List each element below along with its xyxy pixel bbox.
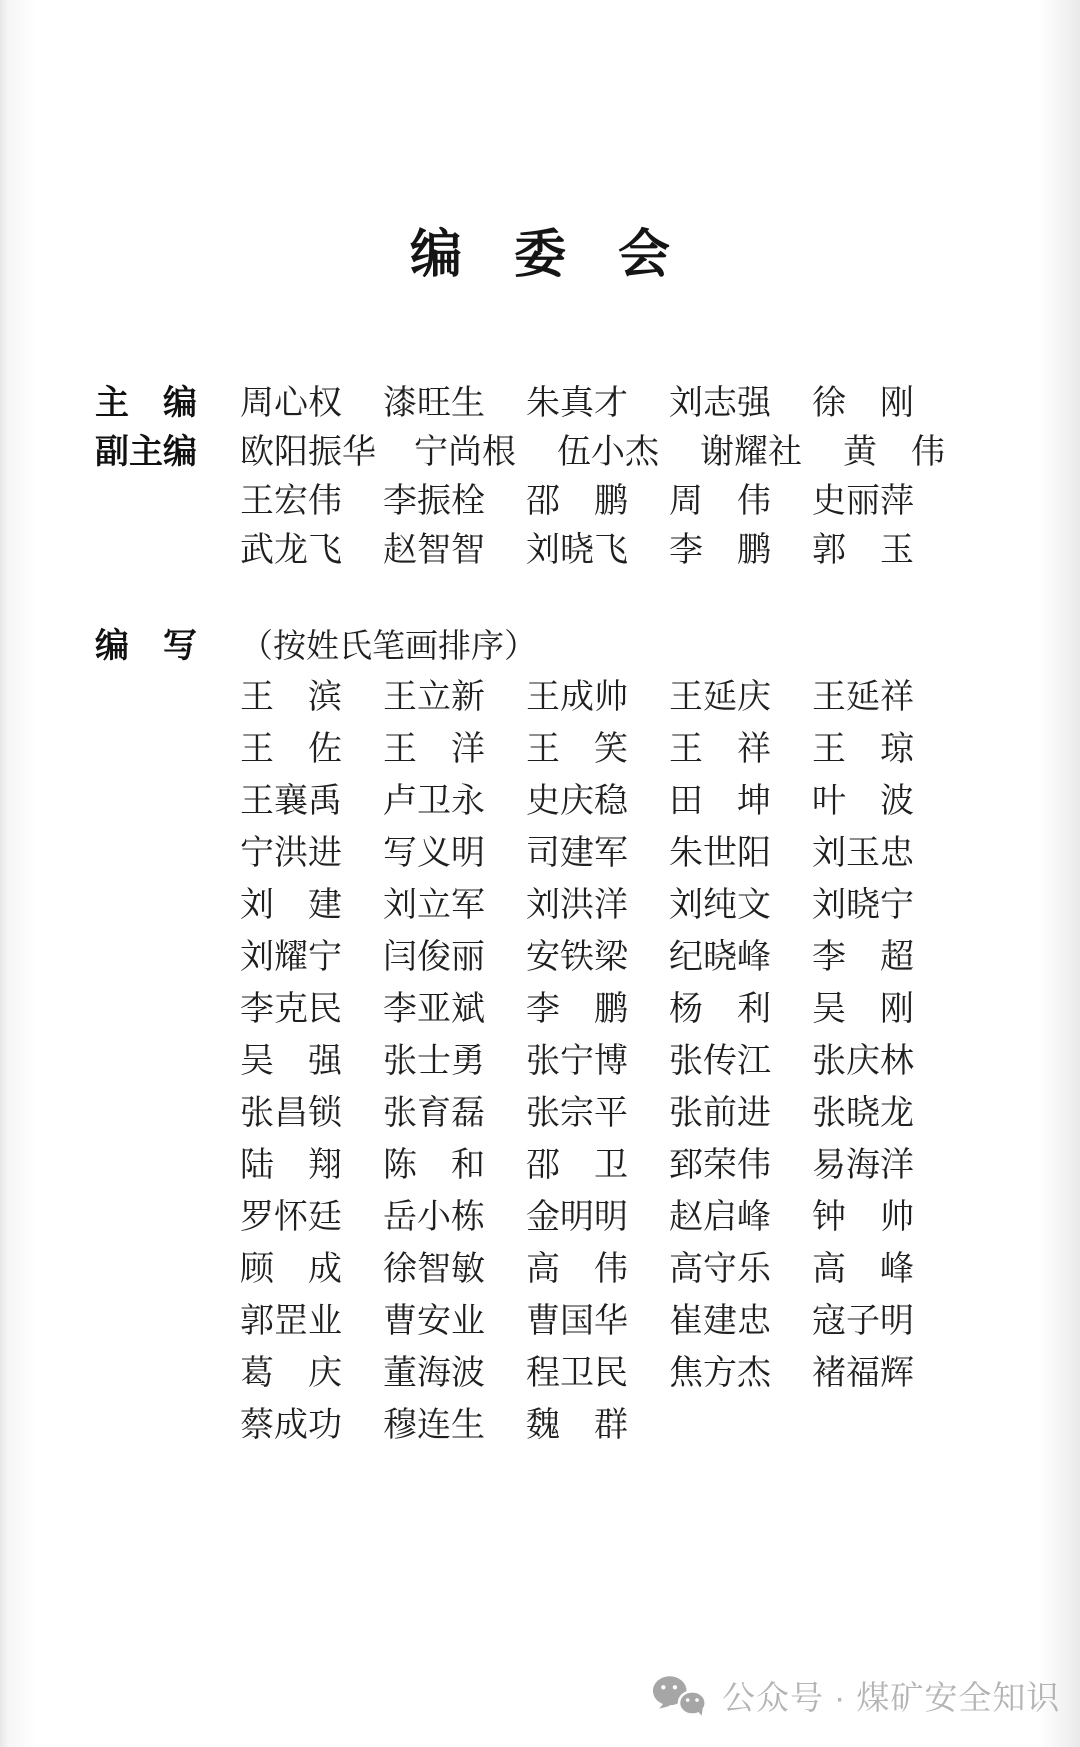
name-row: 刘 建刘立军刘洪洋刘纯文刘晓宁 <box>95 880 917 932</box>
person-name: 刘洪洋 <box>526 880 631 932</box>
name-row: 陆 翔陈 和邵 卫郅荣伟易海洋 <box>95 1140 917 1192</box>
person-name: 曹安业 <box>383 1296 488 1348</box>
person-name: 李克民 <box>240 984 345 1036</box>
name-row: 郭罡业曹安业曹国华崔建忠寇子明 <box>95 1296 917 1348</box>
writers-section: 编 写 （按姓氏笔画排序） 王 滨王立新王成帅王延庆王延祥王 佐王 洋王 笑王 … <box>95 620 917 1452</box>
name-row: 蔡成功穆连生魏 群 <box>95 1400 917 1452</box>
person-name: 焦方杰 <box>669 1348 774 1400</box>
names-group: 葛 庆董海波程卫民焦方杰褚福辉 <box>240 1348 917 1400</box>
person-name: 赵智智 <box>383 526 488 575</box>
person-name: 刘玉忠 <box>812 828 917 880</box>
person-name: 李 鹏 <box>669 526 774 575</box>
person-name: 李振栓 <box>383 477 488 526</box>
names-group: 王宏伟李振栓邵 鹏周 伟史丽萍 <box>240 477 917 526</box>
person-name: 张庆林 <box>812 1036 917 1088</box>
person-name: 郭罡业 <box>240 1296 345 1348</box>
person-name: 徐 刚 <box>812 379 917 428</box>
person-name: 李 超 <box>812 932 917 984</box>
writers-names-grid: 王 滨王立新王成帅王延庆王延祥王 佐王 洋王 笑王 祥王 琼王襄禹卢卫永史庆稳田… <box>95 672 917 1452</box>
person-name: 张宗平 <box>526 1088 631 1140</box>
person-name: 田 坤 <box>669 776 774 828</box>
person-name: 陈 和 <box>383 1140 488 1192</box>
person-name: 程卫民 <box>526 1348 631 1400</box>
name-row: 武龙飞赵智智刘晓飞李 鹏郭 玉 <box>95 526 948 575</box>
person-name: 褚福辉 <box>812 1348 917 1400</box>
person-name: 黄 伟 <box>843 428 948 477</box>
person-name: 张昌锁 <box>240 1088 345 1140</box>
person-name: 周 伟 <box>669 477 774 526</box>
names-group: 吴 强张士勇张宁博张传江张庆林 <box>240 1036 917 1088</box>
person-name: 欧阳振华 <box>240 428 376 477</box>
person-name: 杨 利 <box>669 984 774 1036</box>
person-name: 司建军 <box>526 828 631 880</box>
name-row: 王襄禹卢卫永史庆稳田 坤叶 波 <box>95 776 917 828</box>
names-group: 顾 成徐智敏高 伟高守乐高 峰 <box>240 1244 917 1296</box>
person-name: 王襄禹 <box>240 776 345 828</box>
person-name: 周心权 <box>240 379 345 428</box>
names-group: 陆 翔陈 和邵 卫郅荣伟易海洋 <box>240 1140 917 1192</box>
person-name: 王延祥 <box>812 672 917 724</box>
person-name: 寇子明 <box>812 1296 917 1348</box>
person-name: 钟 帅 <box>812 1192 917 1244</box>
names-group: 郭罡业曹安业曹国华崔建忠寇子明 <box>240 1296 917 1348</box>
person-name: 王立新 <box>383 672 488 724</box>
person-name: 王 佐 <box>240 724 345 776</box>
person-name: 宁洪进 <box>240 828 345 880</box>
person-name: 高守乐 <box>669 1244 774 1296</box>
person-name: 刘立军 <box>383 880 488 932</box>
person-name: 岳小栋 <box>383 1192 488 1244</box>
person-name: 郅荣伟 <box>669 1140 774 1192</box>
person-name: 伍小杰 <box>557 428 662 477</box>
names-group: 蔡成功穆连生魏 群 <box>240 1400 631 1452</box>
person-name: 董海波 <box>383 1348 488 1400</box>
page-title: 编 委 会 <box>0 212 1080 287</box>
wechat-icon <box>650 1675 708 1717</box>
names-group: 武龙飞赵智智刘晓飞李 鹏郭 玉 <box>240 526 917 575</box>
row-label: 副主编 <box>95 428 240 477</box>
person-name: 叶 波 <box>812 776 917 828</box>
name-row: 王 滨王立新王成帅王延庆王延祥 <box>95 672 917 724</box>
name-row: 王 佐王 洋王 笑王 祥王 琼 <box>95 724 917 776</box>
person-name: 顾 成 <box>240 1244 345 1296</box>
name-row: 罗怀廷岳小栋金明明赵启峰钟 帅 <box>95 1192 917 1244</box>
names-group: 欧阳振华宁尚根伍小杰谢耀社黄 伟 <box>240 428 948 477</box>
row-label: 主 编 <box>95 379 240 428</box>
name-row: 吴 强张士勇张宁博张传江张庆林 <box>95 1036 917 1088</box>
person-name: 吴 刚 <box>812 984 917 1036</box>
name-row: 宁洪进写义明司建军朱世阳刘玉忠 <box>95 828 917 880</box>
person-name: 王 滨 <box>240 672 345 724</box>
person-name: 武龙飞 <box>240 526 345 575</box>
person-name: 邵 鹏 <box>526 477 631 526</box>
person-name: 宁尚根 <box>414 428 519 477</box>
person-name: 安铁梁 <box>526 932 631 984</box>
person-name: 王 琼 <box>812 724 917 776</box>
person-name: 王 洋 <box>383 724 488 776</box>
names-group: 罗怀廷岳小栋金明明赵启峰钟 帅 <box>240 1192 917 1244</box>
names-group: 宁洪进写义明司建军朱世阳刘玉忠 <box>240 828 917 880</box>
person-name: 史丽萍 <box>812 477 917 526</box>
person-name: 写义明 <box>383 828 488 880</box>
person-name: 郭 玉 <box>812 526 917 575</box>
person-name: 史庆稳 <box>526 776 631 828</box>
person-name: 刘 建 <box>240 880 345 932</box>
person-name: 闫俊丽 <box>383 932 488 984</box>
names-group: 周心权漆旺生朱真才刘志强徐 刚 <box>240 379 917 428</box>
person-name: 张士勇 <box>383 1036 488 1088</box>
name-row: 张昌锁张育磊张宗平张前进张晓龙 <box>95 1088 917 1140</box>
person-name: 王 笑 <box>526 724 631 776</box>
person-name: 刘晓宁 <box>812 880 917 932</box>
person-name: 卢卫永 <box>383 776 488 828</box>
person-name: 邵 卫 <box>526 1140 631 1192</box>
person-name: 王 祥 <box>669 724 774 776</box>
name-row: 王宏伟李振栓邵 鹏周 伟史丽萍 <box>95 477 948 526</box>
editorial-board-list: 主 编周心权漆旺生朱真才刘志强徐 刚副主编欧阳振华宁尚根伍小杰谢耀社黄 伟王宏伟… <box>95 379 948 575</box>
person-name: 刘纯文 <box>669 880 774 932</box>
names-group: 李克民李亚斌李 鹏杨 利吴 刚 <box>240 984 917 1036</box>
person-name: 张育磊 <box>383 1088 488 1140</box>
person-name: 王宏伟 <box>240 477 345 526</box>
person-name: 李亚斌 <box>383 984 488 1036</box>
person-name: 刘耀宁 <box>240 932 345 984</box>
person-name: 王延庆 <box>669 672 774 724</box>
person-name: 李 鹏 <box>526 984 631 1036</box>
person-name: 张宁博 <box>526 1036 631 1088</box>
person-name: 魏 群 <box>526 1400 631 1452</box>
name-row: 李克民李亚斌李 鹏杨 利吴 刚 <box>95 984 917 1036</box>
person-name: 张晓龙 <box>812 1088 917 1140</box>
person-name: 罗怀廷 <box>240 1192 345 1244</box>
person-name: 曹国华 <box>526 1296 631 1348</box>
person-name: 刘志强 <box>669 379 774 428</box>
writers-header-row: 编 写 （按姓氏笔画排序） <box>95 620 917 672</box>
person-name: 谢耀社 <box>700 428 805 477</box>
names-group: 张昌锁张育磊张宗平张前进张晓龙 <box>240 1088 917 1140</box>
person-name: 高 峰 <box>812 1244 917 1296</box>
person-name: 吴 强 <box>240 1036 345 1088</box>
writers-sort-note: （按姓氏笔画排序） <box>240 621 537 673</box>
person-name: 陆 翔 <box>240 1140 345 1192</box>
person-name: 金明明 <box>526 1192 631 1244</box>
name-row: 葛 庆董海波程卫民焦方杰褚福辉 <box>95 1348 917 1400</box>
person-name: 蔡成功 <box>240 1400 345 1452</box>
person-name: 王成帅 <box>526 672 631 724</box>
person-name: 穆连生 <box>383 1400 488 1452</box>
names-group: 刘 建刘立军刘洪洋刘纯文刘晓宁 <box>240 880 917 932</box>
person-name: 张传江 <box>669 1036 774 1088</box>
person-name: 朱真才 <box>526 379 631 428</box>
person-name: 赵启峰 <box>669 1192 774 1244</box>
person-name: 漆旺生 <box>383 379 488 428</box>
name-row: 副主编欧阳振华宁尚根伍小杰谢耀社黄 伟 <box>95 428 948 477</box>
watermark-text: 公众号 · 煤矿安全知识 <box>722 1672 1060 1719</box>
names-group: 刘耀宁闫俊丽安铁梁纪晓峰李 超 <box>240 932 917 984</box>
names-group: 王 滨王立新王成帅王延庆王延祥 <box>240 672 917 724</box>
person-name: 易海洋 <box>812 1140 917 1192</box>
names-group: 王 佐王 洋王 笑王 祥王 琼 <box>240 724 917 776</box>
watermark: 公众号 · 煤矿安全知识 <box>650 1672 1060 1719</box>
page: 编 委 会 主 编周心权漆旺生朱真才刘志强徐 刚副主编欧阳振华宁尚根伍小杰谢耀社… <box>0 0 1080 1747</box>
person-name: 葛 庆 <box>240 1348 345 1400</box>
writers-label: 编 写 <box>95 620 240 672</box>
person-name: 刘晓飞 <box>526 526 631 575</box>
person-name: 崔建忠 <box>669 1296 774 1348</box>
person-name: 张前进 <box>669 1088 774 1140</box>
name-row: 刘耀宁闫俊丽安铁梁纪晓峰李 超 <box>95 932 917 984</box>
person-name: 纪晓峰 <box>669 932 774 984</box>
person-name: 朱世阳 <box>669 828 774 880</box>
name-row: 主 编周心权漆旺生朱真才刘志强徐 刚 <box>95 379 948 428</box>
person-name: 徐智敏 <box>383 1244 488 1296</box>
name-row: 顾 成徐智敏高 伟高守乐高 峰 <box>95 1244 917 1296</box>
names-group: 王襄禹卢卫永史庆稳田 坤叶 波 <box>240 776 917 828</box>
person-name: 高 伟 <box>526 1244 631 1296</box>
